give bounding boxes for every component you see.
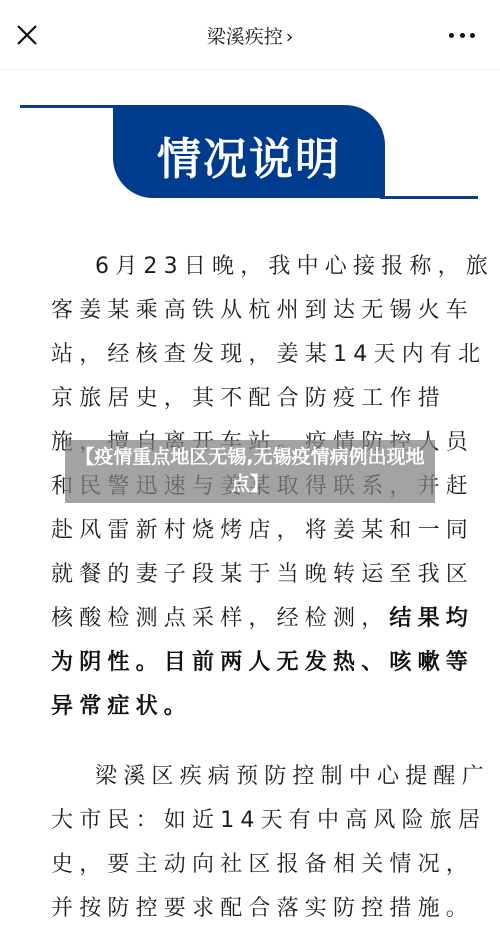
account-name: 梁溪疾控 xyxy=(207,26,283,48)
banner-divider-bottom xyxy=(380,196,478,199)
text-line: 史，要主动向社区报备相关情况， xyxy=(51,843,451,887)
text-bold: 结果均 xyxy=(389,606,474,631)
text-line: 站，经核查发现，姜某14天内有北 xyxy=(51,333,451,377)
paragraph-reminder: 梁溪区疾病预防控制中心提醒广 大市民：如近14天有中高风险旅居 史，要主动向社区… xyxy=(51,755,451,931)
text-line: 核酸检测点采样，经检测，结果均 xyxy=(51,597,451,641)
section-banner: 情况说明 xyxy=(0,95,500,210)
text-line-bold: 为阴性。目前两人无发热、咳嗽等 xyxy=(51,641,451,685)
navigation-bar: 梁溪疾控› xyxy=(0,0,500,70)
banner-title: 情况说明 xyxy=(113,123,385,187)
article-body: 6月23日晚，我中心接报称，旅 客姜某乘高铁从杭州到达无锡火车 站，经核查发现，… xyxy=(51,245,451,931)
account-title-link[interactable]: 梁溪疾控› xyxy=(0,22,500,49)
text-line: 梁溪区疾病预防控制中心提醒广 xyxy=(51,755,451,799)
text-line-bold: 异常症状。 xyxy=(51,685,451,729)
chevron-right-icon: › xyxy=(286,26,294,48)
more-dot-icon xyxy=(460,33,465,38)
text-line: 客姜某乘高铁从杭州到达无锡火车 xyxy=(51,289,451,333)
text-line: 就餐的妻子段某于当晚转运至我区 xyxy=(51,553,451,597)
more-dot-icon xyxy=(470,33,475,38)
more-options-button[interactable] xyxy=(449,33,475,39)
caption-overlay: 【疫情重点地区无锡,无锡疫情病例出现地点】 xyxy=(65,440,435,503)
text-line: 赴风雷新村烧烤店，将姜某和一同 xyxy=(51,509,451,553)
text-normal: 核酸检测点采样，经检测， xyxy=(51,606,389,631)
text-line: 并按防控要求配合落实防控措施。 xyxy=(51,887,451,931)
text-line: 京旅居史，其不配合防疫工作措 xyxy=(51,377,451,421)
text-line: 6月23日晚，我中心接报称，旅 xyxy=(51,245,451,289)
banner-block: 情况说明 xyxy=(113,105,385,198)
more-dot-icon xyxy=(449,33,454,38)
text-line: 大市民：如近14天有中高风险旅居 xyxy=(51,799,451,843)
